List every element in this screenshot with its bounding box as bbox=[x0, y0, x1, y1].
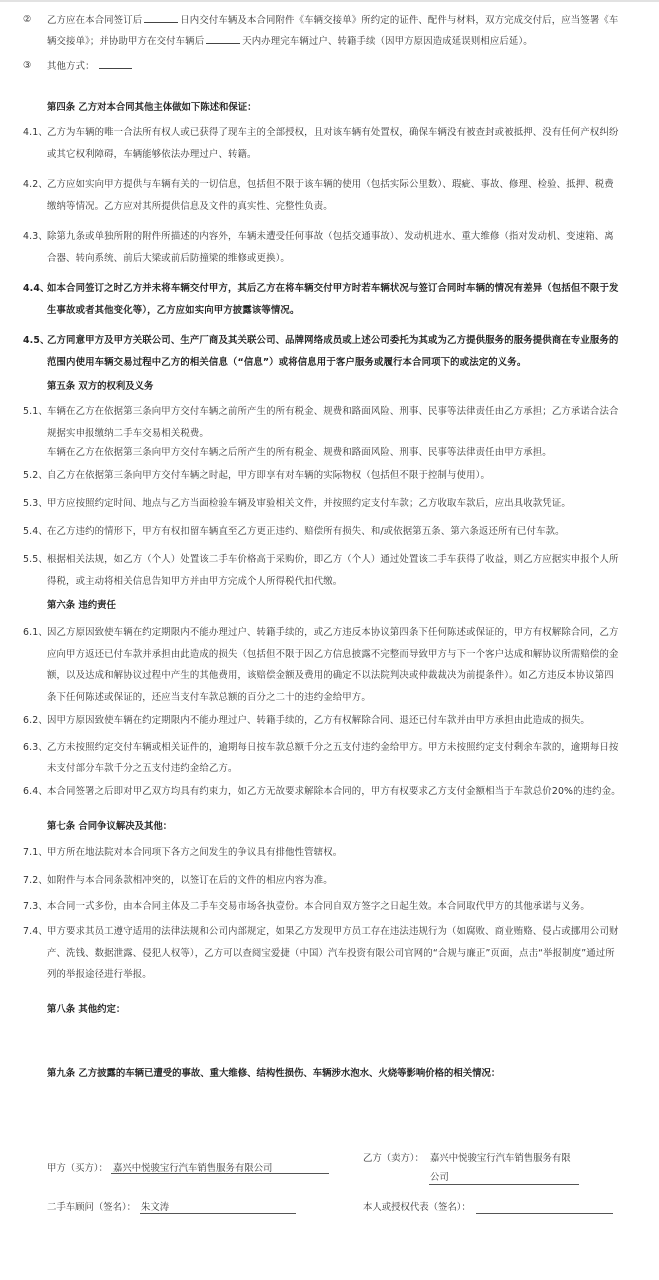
clause-text: 甲方所在地法院对本合同项下各方之间发生的争议具有排他性管辖权。 bbox=[47, 846, 342, 860]
clause-text: 规据实申报缴纳二手车交易相关税费。 bbox=[47, 427, 209, 441]
clause-number: 4.5、 bbox=[23, 334, 50, 348]
clause-text: 自乙方在依据第三条向甲方交付车辆之时起，甲方即享有对车辆的实际物权（包括但不限于… bbox=[47, 469, 490, 483]
clause-text: 乙方未按照约定交付车辆或相关证件的，逾期每日按车款总额千分之五支付违约金给甲方。… bbox=[47, 741, 619, 755]
clause-text: 应向甲方返还已付车款并承担由此造成的损失（包括但不限于因乙方信息披露不完整而导致… bbox=[47, 648, 619, 662]
clause-text: 条下任何陈述或保证的，还应当支付车款总额的百分之二十的违约金给甲方。 bbox=[47, 691, 371, 705]
clause-text: 因乙方原因致使车辆在约定期限内不能办理过户、转籍手续的，或乙方违反本协议第四条下… bbox=[47, 626, 619, 640]
seller-value-line-1: 嘉兴中悦骏宝行汽车销售服务有限 bbox=[430, 1150, 571, 1164]
rep-label: 本人或授权代表（签名）： bbox=[363, 1199, 471, 1213]
section5-title: 第五条 双方的权利及义务 bbox=[47, 378, 153, 392]
clause-text: 甲方要求其员工遵守适用的法律法规和公司内部规定，如果乙方发现甲方员工存在违法违规… bbox=[47, 925, 619, 939]
clause-text: 列的举报途径进行举报。 bbox=[47, 968, 152, 982]
clause-number: 7.2、 bbox=[23, 874, 48, 888]
clause-text: 缴纳等情况。乙方应对其所提供信息及文件的真实性、完整性负责。 bbox=[47, 200, 333, 214]
clause-number: 4.1、 bbox=[23, 126, 48, 140]
item-marker: ③ bbox=[23, 59, 32, 73]
clause-text: 因甲方原因致使车辆在约定期限内不能办理过户、转籍手续的，乙方有权解除合同、退还已… bbox=[47, 714, 590, 728]
clause-text: 未支付部分车款千分之五支付违约金给乙方。 bbox=[47, 762, 238, 776]
buyer-value: 嘉兴中悦骏宝行汽车销售服务有限公司 bbox=[113, 1160, 272, 1174]
transfer-days-blank-field[interactable] bbox=[206, 34, 240, 44]
clause-text: 乙方为车辆的唯一合法所有权人或已获得了现车主的全部授权，且对该车辆有处置权，确保… bbox=[47, 126, 619, 140]
seller-value-line-2: 公司 bbox=[430, 1169, 449, 1183]
page-top-border bbox=[0, 0, 659, 2]
section8-title: 第八条 其他约定： bbox=[47, 1001, 125, 1015]
clause-text: 车辆在乙方在依据第三条向甲方交付车辆之后所产生的所有税金、规费和路面风险、刑事、… bbox=[47, 446, 552, 460]
clause-number: 6.3、 bbox=[23, 741, 48, 755]
clause-text: 本合同签署之后即对甲乙双方均具有约束力，如乙方无故要求解除本合同的，甲方有权要求… bbox=[47, 785, 621, 799]
clause-number: 7.3、 bbox=[23, 900, 48, 914]
clause-number: 4.3、 bbox=[23, 230, 48, 244]
clause-number: 7.4、 bbox=[23, 925, 48, 939]
seller-label: 乙方（卖方）： bbox=[363, 1150, 424, 1164]
other-method-blank-field[interactable] bbox=[99, 59, 132, 69]
advisor-label: 二手车顾问（签名）： bbox=[47, 1199, 136, 1213]
clause-text: 合器、转向系统、前后大梁或前后防撞梁的维修或更换）。 bbox=[47, 252, 290, 266]
clause-number: 7.1、 bbox=[23, 846, 48, 860]
clause-number: 4.4、 bbox=[23, 282, 50, 296]
section7-title: 第七条 合同争议解决及其他： bbox=[47, 818, 172, 832]
clause-number: 4.2、 bbox=[23, 178, 48, 192]
clause-number: 6.1、 bbox=[23, 626, 48, 640]
clause-text: 甲方应按照约定时间、地点与乙方当面检验车辆及审验相关文件，并按照约定支付车款；乙… bbox=[47, 497, 571, 511]
rep-signature-line[interactable] bbox=[476, 1213, 613, 1214]
advisor-signature-line[interactable] bbox=[140, 1213, 296, 1214]
clause-text: 得税，或主动将相关信息告知甲方并由甲方完成个人所得税代扣代缴。 bbox=[47, 575, 342, 589]
clause-text: 生事故或者其他变化等），乙方应如实向甲方披露该等情况。 bbox=[47, 304, 299, 318]
clause-text: 如本合同签订之时乙方并未将车辆交付甲方，其后乙方在将车辆交付甲方时若车辆状况与签… bbox=[47, 282, 619, 296]
buyer-label: 甲方（买方）： bbox=[47, 1160, 108, 1174]
clause-text: 产、洗钱、数据泄露、侵犯人权等），乙方可以查阅宝爱捷（中国）汽车投资有限公司官网… bbox=[47, 947, 615, 961]
clause-text: 或其它权利障碍，车辆能够依法办理过户、转籍。 bbox=[47, 148, 257, 162]
item-marker: ② bbox=[23, 13, 32, 27]
clause-number: 5.3、 bbox=[23, 497, 48, 511]
clause-number: 5.2、 bbox=[23, 469, 48, 483]
clause-text: 乙方应如实向甲方提供与车辆有关的一切信息，包括但不限于该车辆的使用（包括实际公里… bbox=[47, 178, 614, 192]
days-blank-field[interactable] bbox=[144, 13, 178, 23]
clause-text: 额，以及达成和解协议过程中产生的其他费用，该赔偿金额及费用的确定不以法院判决或仲… bbox=[47, 669, 614, 683]
clause-text: 本合同一式多份，由本合同主体及二手车交易市场各执壹份。本合同自双方签字之日起生效… bbox=[47, 900, 590, 914]
section9-title: 第九条 乙方披露的车辆已遭受的事故、重大维修、结构性损伤、车辆涉水泡水、火烧等影… bbox=[47, 1065, 500, 1079]
clause-text: 范围内使用车辆交易过程中乙方的相关信息（“信息”）或将信息用于客户服务或履行本合… bbox=[47, 356, 526, 370]
advisor-value: 朱文涛 bbox=[141, 1199, 169, 1213]
clause-text: 在乙方违约的情形下，甲方有权扣留车辆直至乙方更正违约、赔偿所有损失、和/或依据第… bbox=[47, 525, 565, 539]
clause-text: 车辆在乙方在依据第三条向甲方交付车辆之前所产生的所有税金、规费和路面风险、刑事、… bbox=[47, 405, 619, 419]
clause-number: 5.1、 bbox=[23, 405, 48, 419]
clause-number: 5.4、 bbox=[23, 525, 48, 539]
clause-number: 6.4、 bbox=[23, 785, 48, 799]
clause-text: 除第九条或单独所附的附件所描述的内容外，车辆未遭受任何事故（包括交通事故）、发动… bbox=[47, 230, 614, 244]
section6-title: 第六条 违约责任 bbox=[47, 597, 116, 611]
clause-text: 根据相关法规，如乙方（个人）处置该二手车价格高于采购价，即乙方（个人）通过处置该… bbox=[47, 553, 619, 567]
intro-item-2-line-1: 乙方应在本合同签订后日内交付车辆及本合同附件《车辆交接单》所约定的证件、配件与材… bbox=[47, 13, 618, 28]
buyer-signature-line[interactable] bbox=[111, 1173, 329, 1174]
seller-signature-line[interactable] bbox=[429, 1184, 579, 1185]
clause-text: 如附件与本合同条款相冲突的，以签订在后的文件的相应内容为准。 bbox=[47, 874, 333, 888]
clause-number: 5.5、 bbox=[23, 553, 48, 567]
clause-text: 乙方同意甲方及甲方关联公司、生产厂商及其关联公司、品牌网络成员或上述公司委托为其… bbox=[47, 334, 619, 348]
clause-number: 6.2、 bbox=[23, 714, 48, 728]
section4-title: 第四条 乙方对本合同其他主体做如下陈述和保证： bbox=[47, 99, 257, 113]
